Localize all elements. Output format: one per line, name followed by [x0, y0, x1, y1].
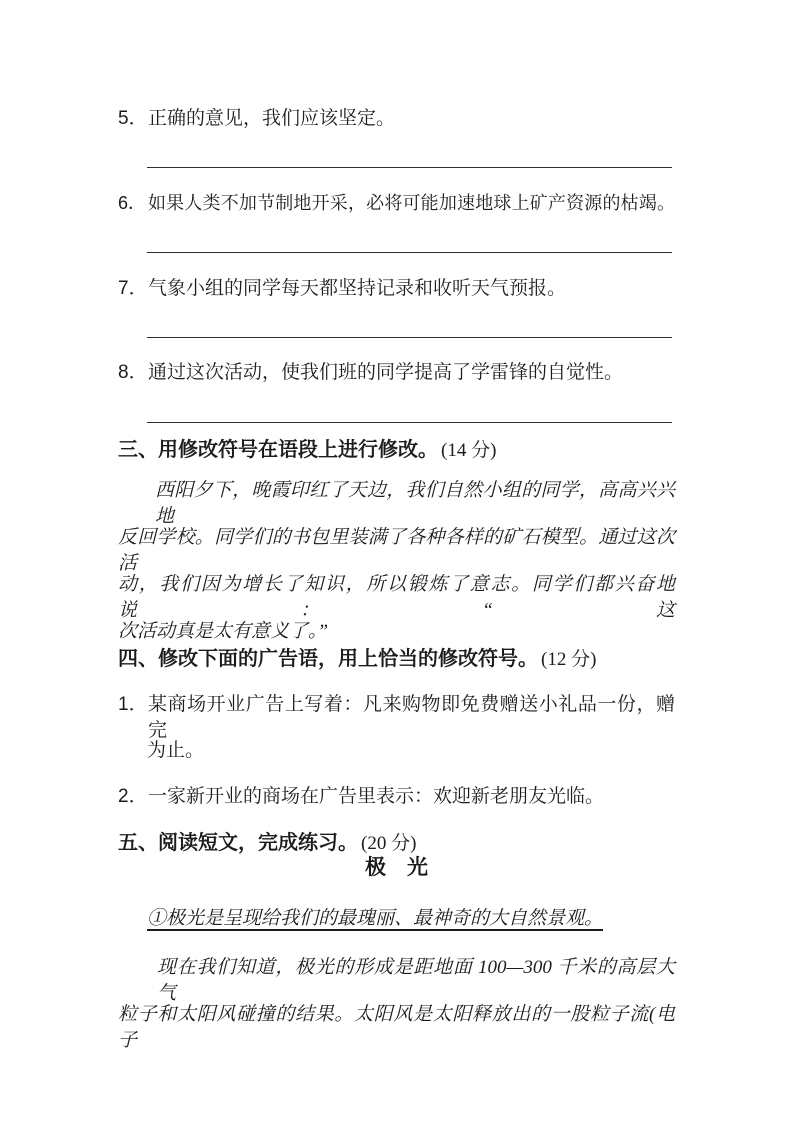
ad-item-1: 1． 某商场开业广告上写着：凡来购物即免费赠送小礼品一份，赠完: [118, 692, 675, 744]
passage-line: 现在我们知道，极光的形成是距地面 100—300 千米的高层大气: [157, 955, 675, 1007]
section-score: (20 分): [361, 833, 416, 854]
section-heading-4: 四、修改下面的广告语，用上恰当的修改符号。(12 分): [118, 646, 675, 673]
question-text: 如果人类不加节制地开采，必将可能加速地球上矿产资源的枯竭。: [148, 190, 675, 216]
section-heading-3: 三、用修改符号在语段上进行修改。(14 分): [118, 437, 675, 464]
question-number: 5．: [118, 106, 148, 132]
section-heading-text: 五、阅读短文，完成练习。: [118, 832, 358, 854]
question-text: 一家新开业的商场在广告里表示：欢迎新老朋友光临。: [148, 784, 675, 810]
answer-blank-line: [147, 337, 672, 338]
passage-title: 极 光: [118, 855, 675, 881]
section-heading-text: 四、修改下面的广告语，用上恰当的修改符号。: [118, 648, 538, 670]
question-number: 1．: [118, 692, 148, 718]
answer-blank-line: [147, 422, 672, 423]
answer-blank-line: [147, 167, 672, 168]
question-item-8: 8． 通过这次活动，使我们班的同学提高了学雷锋的自觉性。: [118, 360, 675, 386]
question-number: 6．: [118, 190, 148, 216]
underlined-sentence: ①极光是呈现给我们的最瑰丽、最神奇的大自然景观。: [147, 906, 675, 932]
section-heading-5: 五、阅读短文，完成练习。(20 分): [118, 830, 675, 857]
question-number: 2．: [118, 784, 148, 810]
underlined-sentence-text: ①极光是呈现给我们的最瑰丽、最神奇的大自然景观。: [147, 908, 603, 929]
question-text: 为止。: [147, 738, 675, 764]
question-text: 正确的意见，我们应该坚定。: [148, 106, 675, 132]
question-text: 气象小组的同学每天都坚持记录和收听天气预报。: [148, 276, 675, 302]
paragraph-line: 西阳夕下，晚霞印红了天边，我们自然小组的同学，高高兴兴地: [155, 478, 675, 530]
question-item-6: 6． 如果人类不加节制地开采，必将可能加速地球上矿产资源的枯竭。: [118, 190, 675, 216]
question-number: 8．: [118, 360, 148, 386]
question-item-5: 5． 正确的意见，我们应该坚定。: [118, 106, 675, 132]
paragraph-line: 动，我们因为增长了知识，所以锻炼了意志。同学们都兴奋地说：“这: [118, 572, 675, 624]
question-text: 某商场开业广告上写着：凡来购物即免费赠送小礼品一份，赠完: [148, 692, 675, 744]
section-heading-text: 三、用修改符号在语段上进行修改。: [118, 439, 438, 461]
ad-item-2: 2． 一家新开业的商场在广告里表示：欢迎新老朋友光临。: [118, 784, 675, 810]
worksheet-page: 5． 正确的意见，我们应该坚定。 6． 如果人类不加节制地开采，必将可能加速地球…: [0, 0, 793, 1122]
paragraph-line: 次活动真是太有意义了。”: [118, 619, 675, 645]
question-item-7: 7． 气象小组的同学每天都坚持记录和收听天气预报。: [118, 276, 675, 302]
ad-item-1-continuation: 为止。: [147, 738, 675, 764]
passage-line: 粒子和太阳风碰撞的结果。太阳风是太阳释放出的一股粒子流(电子: [118, 1002, 675, 1054]
question-text: 通过这次活动，使我们班的同学提高了学雷锋的自觉性。: [148, 360, 675, 386]
section-score: (12 分): [541, 649, 596, 670]
paragraph-line: 反回学校。同学们的书包里装满了各种各样的矿石模型。通过这次活: [118, 525, 675, 577]
section-score: (14 分): [441, 440, 496, 461]
question-number: 7．: [118, 276, 148, 302]
answer-blank-line: [147, 252, 672, 253]
